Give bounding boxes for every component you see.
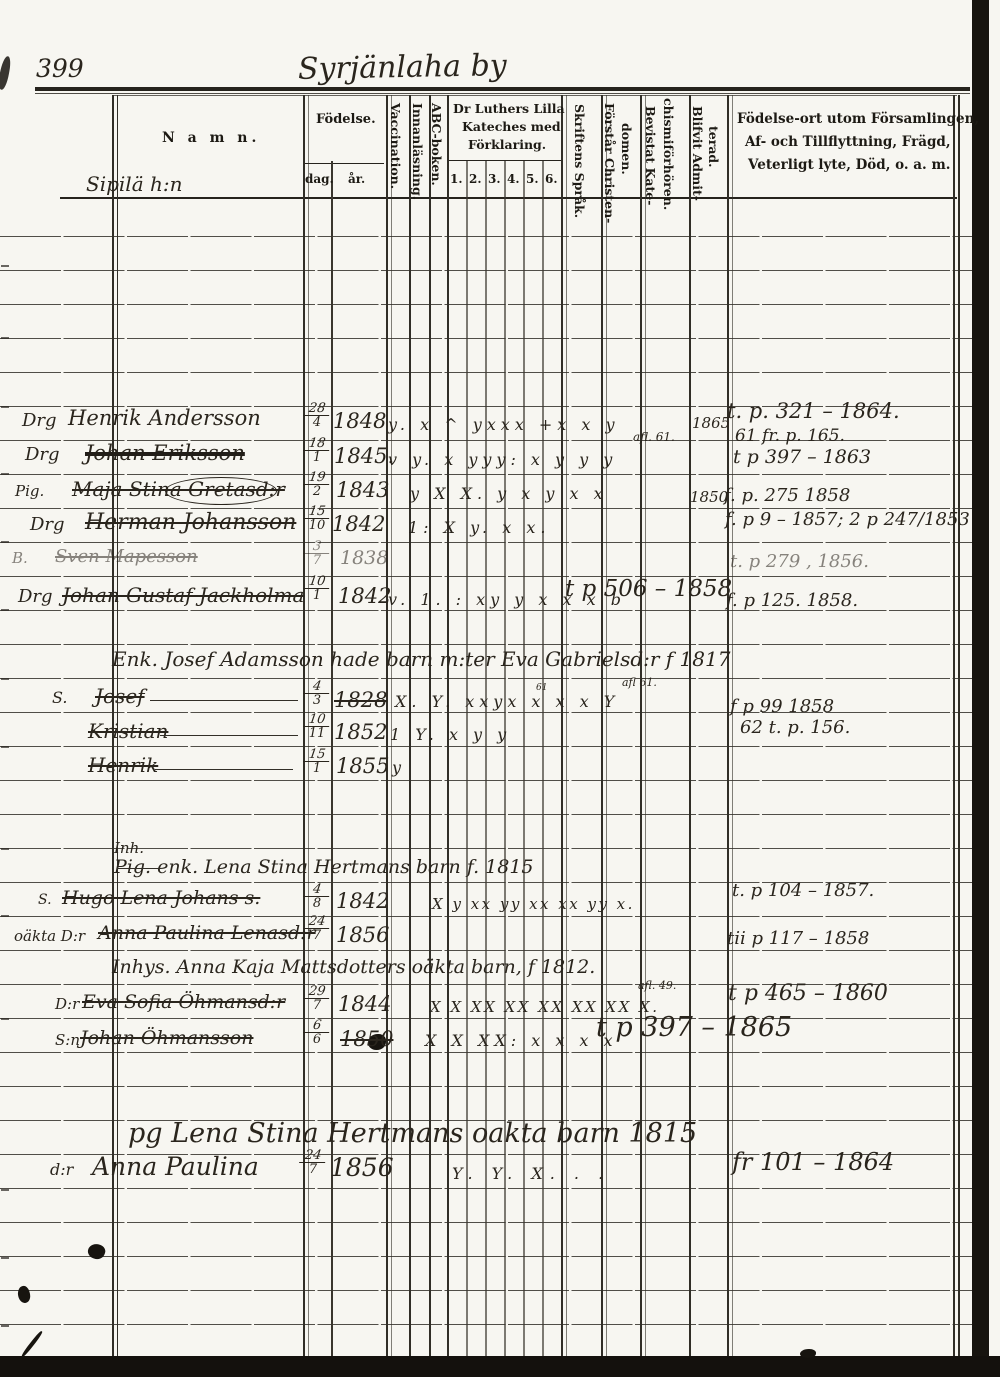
scan-bottom-band <box>0 1356 1000 1377</box>
col-line-admit-fodelseort <box>727 95 729 1360</box>
margin-note: t. p 104 – 1857. <box>732 880 874 901</box>
col-header-abc-boken: ABC-boken. <box>429 103 444 186</box>
col-header-namn: N a m n. <box>162 130 260 146</box>
birth-day: 15 <box>303 506 331 519</box>
page-title-village: Syrjänlaha by <box>298 48 507 87</box>
birth-month: 6 <box>304 1033 330 1046</box>
family-group-header: Enk. Josef Adamsson hade barn m:ter Eva … <box>112 647 730 671</box>
birth-month: 10 <box>304 519 330 532</box>
assessment-marks: v y. x yyy: x y y y <box>388 450 617 469</box>
margin-note: t. p. 321 – 1864. <box>727 399 900 423</box>
col-header-bevistat-line2: chismiförhören. <box>661 98 676 210</box>
col-header-fodelseort-line2: Af- och Tillflyttning, Frägd, <box>745 134 951 150</box>
margin-note: f. p 9 – 1857; 2 p 247/1853 <box>725 509 970 530</box>
birth-year: 1850 <box>340 1027 393 1051</box>
col-header-skriftens-sprak: Skriftens Språk. <box>572 104 587 218</box>
person-name: Hugo Lena Johans s. <box>62 887 260 909</box>
row-prefix: S. <box>38 892 52 908</box>
katekes-col-4: 4. <box>507 172 520 186</box>
person-name: Herman Johansson <box>85 510 296 535</box>
birth-year: 1843 <box>336 478 389 502</box>
table-right-border-inner <box>958 95 960 1360</box>
header-bottom-rule <box>60 197 957 199</box>
scanned-parish-register-page: 399 Syrjänlaha by N a m n. Sipilä h:n Fö… <box>0 0 1000 1377</box>
person-name: Kristian <box>88 719 168 743</box>
birth-day: 15 <box>303 749 331 762</box>
birth-month: 4 <box>304 416 330 429</box>
assessment-marks: X y xx yy xx xx yy x. <box>432 895 635 913</box>
assessment-marks: Y. Y. X. . . <box>452 1164 610 1183</box>
cell-note-deceased: afl. 61. <box>633 430 675 444</box>
birth-month: 3 <box>304 694 330 707</box>
col-header-ar: år. <box>348 172 365 186</box>
person-name: Johan Öhmansson <box>80 1027 253 1049</box>
col-header-katekes-line1: Dr Luthers Lilla <box>453 101 565 116</box>
title-rule-thick <box>35 87 970 91</box>
assessment-marks: y X X. y x y x x <box>410 484 608 503</box>
col-header-vaccination: Vaccination. <box>388 103 403 189</box>
admitted-year: 1850 <box>690 488 728 506</box>
name-rule-tail <box>160 735 298 736</box>
margin-note: tii p 117 – 1858 <box>727 928 869 949</box>
strike-over-prefix <box>117 868 161 869</box>
name-rule-tail <box>150 700 298 701</box>
row-prefix: D:r <box>55 995 79 1013</box>
birth-day: 10 <box>303 714 331 727</box>
margin-note: f p 99 1858 <box>730 696 834 717</box>
group-small-heading: Inh. <box>114 839 144 857</box>
margin-note: 62 t. p. 156. <box>740 717 850 738</box>
col-header-admit-line2: terad. <box>706 126 721 168</box>
assessment-marks: y. x ^ yxxx +x x y <box>388 415 620 434</box>
birth-month: 11 <box>304 727 330 740</box>
birth-day: 29 <box>303 986 331 999</box>
person-name: Eva Sofia Öhmansd:r <box>82 991 285 1013</box>
col-header-admit-line1: Blifvit Admit- <box>690 106 705 201</box>
col-header-katekes-line3: Förklaring. <box>468 137 546 152</box>
group-note-deceased: afl 61. <box>622 676 657 689</box>
birth-year: 1852 <box>334 720 387 744</box>
birth-month: 8 <box>304 897 330 910</box>
birth-day: 18 <box>303 438 331 451</box>
birth-year: 1842 <box>332 512 385 536</box>
col-header-fodelseort-line3: Veterligt lyte, Död, o. a. m. <box>748 157 950 173</box>
birth-month: 7 <box>304 999 330 1012</box>
margin-note: t. p 279 , 1856. <box>730 551 869 572</box>
birth-day: 6 <box>303 1020 331 1033</box>
cell-note-deceased: afl. 49. <box>638 979 676 992</box>
person-name: Anna Paulina Lenasd:r <box>98 922 316 944</box>
col-header-katekes-line2: Kateches med <box>462 119 561 134</box>
katekes-col-3: 3. <box>488 172 501 186</box>
birth-month: 7 <box>304 554 330 567</box>
margin-note: t p 397 – 1863 <box>733 446 871 468</box>
katekes-col-5: 5. <box>526 172 539 186</box>
fodelse-subrule <box>305 163 384 164</box>
katekes-col-2: 2. <box>469 172 482 186</box>
row-prefix: Drg <box>18 586 53 607</box>
birth-year: 1842 <box>336 889 389 913</box>
row-prefix: S:n <box>55 1031 80 1049</box>
katekes-col-6: 6. <box>545 172 558 186</box>
family-group-header: pg Lena Stina Hertmans oakta barn 1815 <box>128 1118 697 1149</box>
margin-note: t p 465 – 1860 <box>728 981 888 1006</box>
person-name: Anna Paulina <box>92 1152 259 1181</box>
margin-note: 61 fr. p. 165. <box>735 426 845 446</box>
assessment-marks: 1 Y. x y y <box>390 725 511 744</box>
assessment-marks: X X XX: x x x x <box>425 1031 618 1050</box>
row-prefix: Pig. <box>15 482 44 500</box>
birth-month: 7 <box>300 1163 326 1176</box>
birth-year: 1856 <box>336 923 389 947</box>
person-name: Johan Eriksson <box>85 441 245 465</box>
birth-year: 1838 <box>340 547 388 569</box>
col-line-forstar-bevistat <box>640 95 642 1360</box>
col-header-forstar-line1: Förstår Christen- <box>602 103 617 223</box>
person-name: Henrik Andersson <box>68 406 261 430</box>
person-name: Johan Gustaf Jackholma <box>62 583 304 607</box>
birth-month: 1 <box>304 451 330 464</box>
birth-year: 1855 <box>336 754 389 778</box>
birth-day: 3 <box>303 541 331 554</box>
person-name: Sven Mapesson <box>55 546 198 567</box>
birth-year: 1828 <box>334 688 387 712</box>
book-binding-bar <box>972 0 989 1377</box>
row-prefix: d:r <box>50 1160 73 1179</box>
admitted-year: 1865 <box>692 414 730 432</box>
namn-subheading-handwritten: Sipilä h:n <box>86 172 182 196</box>
birth-day: 24 <box>303 916 331 929</box>
birth-year: 1845. <box>334 444 394 468</box>
col-header-fodelseort-line1: Födelse-ort utom Församlingen, <box>737 111 979 127</box>
birth-month: 7 <box>304 929 330 942</box>
birth-month: 1 <box>304 589 330 602</box>
col-header-bevistat-line1: Bevistat Kate- <box>643 106 658 205</box>
assessment-marks: X. Y. xxyx x x x Y <box>395 692 619 711</box>
col-line-forstar-bevistat-inner <box>645 95 647 1360</box>
row-prefix: Drg <box>30 514 65 535</box>
col-line-bevistat-admit <box>689 95 691 1360</box>
table-top-border <box>112 95 957 96</box>
spanning-note: t p 397 – 1865 <box>596 1012 792 1043</box>
row-prefix: B. <box>12 549 28 567</box>
assessment-marks: 1: X y. x x. <box>408 518 550 537</box>
superscript-note: 61 <box>536 683 547 693</box>
circled-patronymic <box>165 477 277 505</box>
family-group-header: Inhys. Anna Kaja Mattsdotters oäkta barn… <box>112 956 595 978</box>
person-name: Josef <box>95 684 145 708</box>
col-header-innanlasning: Innanläsning. <box>410 103 425 200</box>
birth-day: 4 <box>303 884 331 897</box>
birth-month: 2 <box>304 485 330 498</box>
spanning-note: t p 506 – 1858 <box>565 576 732 602</box>
katekes-col-1: 1. <box>450 172 463 186</box>
edge-mark <box>0 55 12 90</box>
row-prefix: S. <box>52 688 67 707</box>
birth-day: 4 <box>303 681 331 694</box>
birth-year: 1842 <box>338 584 391 608</box>
margin-note: f. p. 275 1858 <box>724 485 850 506</box>
table-right-border <box>953 95 955 1360</box>
margin-note: fr 101 – 1864 <box>732 1148 894 1176</box>
row-prefix: oäkta D:r <box>14 927 85 945</box>
birth-day: 24 <box>299 1150 327 1163</box>
birth-month: 1 <box>304 762 330 775</box>
edge-blob <box>800 1349 816 1358</box>
person-name: Henrik <box>88 753 158 777</box>
birth-day: 10 <box>303 576 331 589</box>
row-prefix: Drg <box>25 444 60 465</box>
birth-day: 28 <box>303 403 331 416</box>
col-header-fodelse: Födelse. <box>316 112 376 127</box>
birth-year: 1848 <box>333 409 386 433</box>
col-header-forstar-line2: domen. <box>619 123 634 175</box>
assessment-marks: y <box>392 758 406 777</box>
name-rule-tail <box>155 769 293 770</box>
birth-year: 1856 <box>330 1153 394 1182</box>
row-prefix: Drg <box>22 410 57 431</box>
birth-year: 1844 <box>338 992 391 1016</box>
col-header-dag: dag. <box>305 172 334 186</box>
page-number: 399 <box>36 54 84 83</box>
margin-note: f. p 125. 1858. <box>726 590 858 611</box>
family-group-header: Pig. enk. Lena Stina Hertmans barn f. 18… <box>114 856 534 878</box>
birth-day: 19 <box>303 472 331 485</box>
